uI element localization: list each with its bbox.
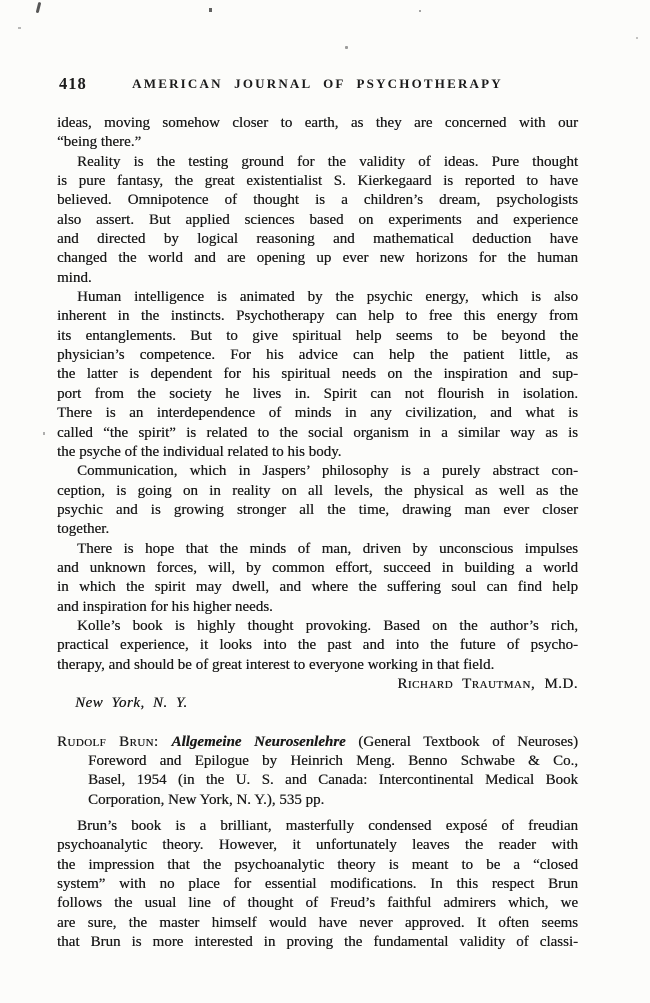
text-line: Rudolf Brun: Allgemeine Neurosenlehre (G…: [57, 733, 578, 752]
text-line: Reality is the testing ground for the va…: [57, 153, 578, 172]
text-line: the psyche of the individual related to …: [57, 443, 578, 462]
text-line: believed. Omnipotence of thought is a ch…: [57, 191, 578, 210]
text-segment: (General Textbook of Neuroses): [346, 734, 578, 750]
scan-speck-slash: [36, 2, 41, 13]
paragraph-block: Kolle’s book is highly thought provoking…: [57, 617, 578, 675]
text-line: “being there.”: [57, 133, 578, 152]
text-line: There is an interdependence of minds in …: [57, 404, 578, 423]
text-line: therapy, and should be of great interest…: [57, 656, 578, 675]
text-line: the impression that the psychoanalytic t…: [57, 856, 578, 875]
signature-block: Richard Trautman, M.D.: [57, 675, 578, 694]
citation-block: Rudolf Brun: Allgemeine Neurosenlehre (G…: [57, 733, 578, 810]
text-line: ideas, moving somehow closer to earth, a…: [57, 114, 578, 133]
text-line: Kolle’s book is highly thought provoking…: [57, 617, 578, 636]
text-line: together.: [57, 520, 578, 539]
text-line: inherent in the instincts. Psychotherapy…: [57, 307, 578, 326]
text-line: physician’s competence. For his advice c…: [57, 346, 578, 365]
text-line: psychoanalytic theory. However, it unfor…: [57, 836, 578, 855]
journal-title: AMERICAN JOURNAL OF PSYCHOTHERAPY: [57, 74, 578, 92]
journal-page: 418 AMERICAN JOURNAL OF PSYCHOTHERAPY id…: [0, 0, 650, 1003]
text-line: system” with no place for essential modi…: [57, 875, 578, 894]
page-header: 418 AMERICAN JOURNAL OF PSYCHOTHERAPY: [57, 74, 578, 96]
text-line: Foreword and Epilogue by Heinrich Meng. …: [57, 752, 578, 771]
text-line: and directed by logical reasoning and ma…: [57, 230, 578, 249]
text-line: Basel, 1954 (in the U. S. and Canada: In…: [57, 771, 578, 790]
text-line: and inspiration for his higher needs.: [57, 598, 578, 617]
paragraph-block: Communication, which in Jaspers’ philoso…: [57, 462, 578, 539]
scan-speck: [43, 432, 45, 435]
text-line: is pure fantasy, the great existentialis…: [57, 172, 578, 191]
scan-speck: [209, 8, 212, 12]
page-number: 418: [59, 74, 87, 94]
text-line: also assert. But applied sciences based …: [57, 211, 578, 230]
paragraph-block: Brun’s book is a brilliant, masterfully …: [57, 817, 578, 952]
text-line: Communication, which in Jaspers’ philoso…: [57, 462, 578, 481]
text-line: its entanglements. But to give spiritual…: [57, 327, 578, 346]
scan-speck: [345, 46, 348, 49]
scan-speck: [636, 37, 638, 39]
text-line: psychic and is growing stronger all the …: [57, 501, 578, 520]
text-line: ception, is going on in reality on all l…: [57, 482, 578, 501]
text-line: are sure, the master himself would have …: [57, 914, 578, 933]
text-line: changed the world and are opening up eve…: [57, 249, 578, 268]
signature-text: Richard Trautman, M.D.: [57, 675, 578, 694]
text-line: Human intelligence is animated by the ps…: [57, 288, 578, 307]
text-line: and unknown forces, will, by common effo…: [57, 559, 578, 578]
text-line: practical experience, it looks into the …: [57, 636, 578, 655]
text-line: port from the society he lives in. Spiri…: [57, 385, 578, 404]
text-line: There is hope that the minds of man, dri…: [57, 540, 578, 559]
text-line: follows the usual line of thought of Fre…: [57, 894, 578, 913]
scan-speck: [18, 27, 21, 29]
text-segment: Allgemeine Neurosenlehre: [171, 734, 345, 750]
paragraph-block: Human intelligence is animated by the ps…: [57, 288, 578, 462]
text-line: that Brun is more interested in proving …: [57, 933, 578, 952]
place-block: New York, N. Y.: [57, 694, 578, 713]
place-text: New York, N. Y.: [57, 694, 578, 713]
paragraph-block: There is hope that the minds of man, dri…: [57, 540, 578, 617]
page-body: ideas, moving somehow closer to earth, a…: [57, 114, 578, 952]
text-line: Corporation, New York, N. Y.), 535 pp.: [57, 791, 578, 810]
text-line: called “the spirit” is related to the so…: [57, 424, 578, 443]
text-line: the latter is dependent for his spiritua…: [57, 365, 578, 384]
text-line: in which the spirit may dwell, and where…: [57, 578, 578, 597]
paragraph-block: ideas, moving somehow closer to earth, a…: [57, 114, 578, 153]
text-line: mind.: [57, 269, 578, 288]
text-segment: Rudolf Brun:: [57, 734, 171, 750]
scan-speck: [419, 10, 421, 12]
text-line: Brun’s book is a brilliant, masterfully …: [57, 817, 578, 836]
paragraph-block: Reality is the testing ground for the va…: [57, 153, 578, 288]
